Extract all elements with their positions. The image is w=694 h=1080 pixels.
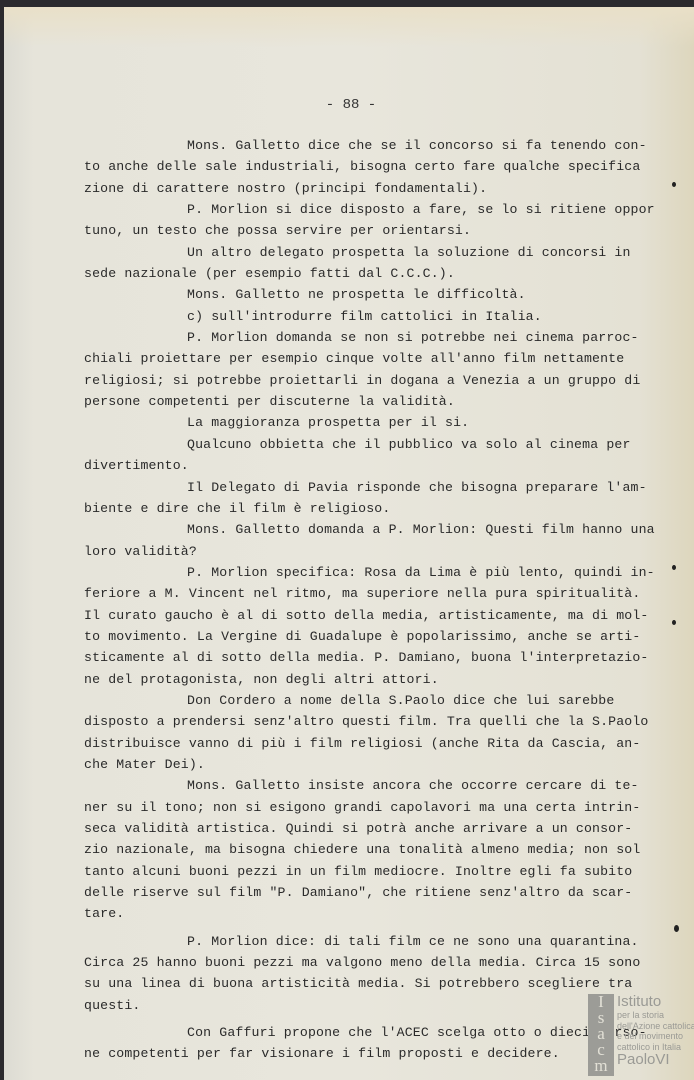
- margin-mark: [672, 182, 676, 187]
- isacem-watermark-logo: I s a c m Istituto per la storia dell'Az…: [588, 994, 693, 1076]
- text-line: Il Delegato di Pavia risponde che bisogn…: [84, 477, 674, 498]
- text-line: zione di carattere nostro (principi fond…: [84, 178, 674, 199]
- logo-text: Istituto per la storia dell'Azione catto…: [617, 994, 694, 1067]
- text-line: Don Cordero a nome della S.Paolo dice ch…: [84, 690, 674, 711]
- text-line: Qualcuno obbietta che il pubblico va sol…: [84, 434, 674, 455]
- text-line: loro validità?: [84, 541, 674, 562]
- page-number: - 88 -: [4, 97, 694, 113]
- logo-title: Istituto: [617, 994, 694, 1010]
- text-line: La maggioranza prospetta per il si.: [84, 412, 674, 433]
- text-line: Un altro delegato prospetta la soluzione…: [84, 242, 674, 263]
- margin-mark: [674, 925, 679, 932]
- text-line: feriore a M. Vincent nel ritmo, ma super…: [84, 583, 674, 604]
- text-line: P. Morlion specifica: Rosa da Lima è più…: [84, 562, 674, 583]
- text-line: biente e dire che il film è religioso.: [84, 498, 674, 519]
- scanned-page: - 88 - Mons. Galletto dice che se il con…: [4, 7, 694, 1080]
- text-line: Mons. Galletto dice che se il concorso s…: [84, 135, 674, 156]
- text-line: Il curato gaucho è al di sotto della med…: [84, 605, 674, 626]
- text-line: Mons. Galletto ne prospetta le difficolt…: [84, 284, 674, 305]
- text-line: sticamente al di sotto della media. P. D…: [84, 647, 674, 668]
- text-line: c) sull'introdurre film cattolici in Ita…: [84, 306, 674, 327]
- logo-monogram: I s a c m: [588, 994, 614, 1076]
- text-line: P. Morlion si dice disposto a fare, se l…: [84, 199, 674, 220]
- logo-line: e del movimento: [617, 1031, 694, 1042]
- text-line: persone competenti per discuterne la val…: [84, 391, 674, 412]
- text-line: seca validità artistica. Quindi si potrà…: [84, 818, 674, 839]
- text-line: questi.: [84, 995, 674, 1016]
- text-line: delle riserve sul film "P. Damiano", che…: [84, 882, 674, 903]
- text-line: tare.: [84, 903, 674, 924]
- text-line: su una linea di buona artisticità media.…: [84, 973, 674, 994]
- text-line: to movimento. La Vergine di Guadalupe è …: [84, 626, 674, 647]
- text-line: tanto alcuni buoni pezzi in un film medi…: [84, 861, 674, 882]
- text-line: Con Gaffuri propone che l'ACEC scelga ot…: [84, 1022, 674, 1043]
- text-line: divertimento.: [84, 455, 674, 476]
- logo-line: per la storia: [617, 1010, 694, 1021]
- text-line: religiosi; si potrebbe proiettarli in do…: [84, 370, 674, 391]
- text-line: to anche delle sale industriali, bisogna…: [84, 156, 674, 177]
- text-line: chiali proiettare per esempio cinque vol…: [84, 348, 674, 369]
- typewritten-body: Mons. Galletto dice che se il concorso s…: [84, 135, 674, 1065]
- text-line: ner su il tono; non si esigono grandi ca…: [84, 797, 674, 818]
- text-line: distribuisce vanno di più i film religio…: [84, 733, 674, 754]
- text-line: zio nazionale, ma bisogna chiedere una t…: [84, 839, 674, 860]
- logo-line: dell'Azione cattolica: [617, 1021, 694, 1032]
- text-line: P. Morlion dice: di tali film ce ne sono…: [84, 931, 674, 952]
- margin-mark: [672, 565, 676, 570]
- text-line: Mons. Galletto insiste ancora che occorr…: [84, 775, 674, 796]
- text-line: ne del protagonista, non degli altri att…: [84, 669, 674, 690]
- text-line: Mons. Galletto domanda a P. Morlion: Que…: [84, 519, 674, 540]
- text-line: sede nazionale (per esempio fatti dal C.…: [84, 263, 674, 284]
- text-line: disposto a prendersi senz'altro questi f…: [84, 711, 674, 732]
- text-line: tuno, un testo che possa servire per ori…: [84, 220, 674, 241]
- text-line: P. Morlion domanda se non si potrebbe ne…: [84, 327, 674, 348]
- margin-mark: [672, 620, 676, 625]
- text-line: Circa 25 hanno buoni pezzi ma valgono me…: [84, 952, 674, 973]
- logo-letter: m: [588, 1058, 614, 1074]
- logo-footer: PaoloVI: [617, 1052, 694, 1067]
- text-line: che Mater Dei).: [84, 754, 674, 775]
- text-line: ne competenti per far visionare i film p…: [84, 1043, 674, 1064]
